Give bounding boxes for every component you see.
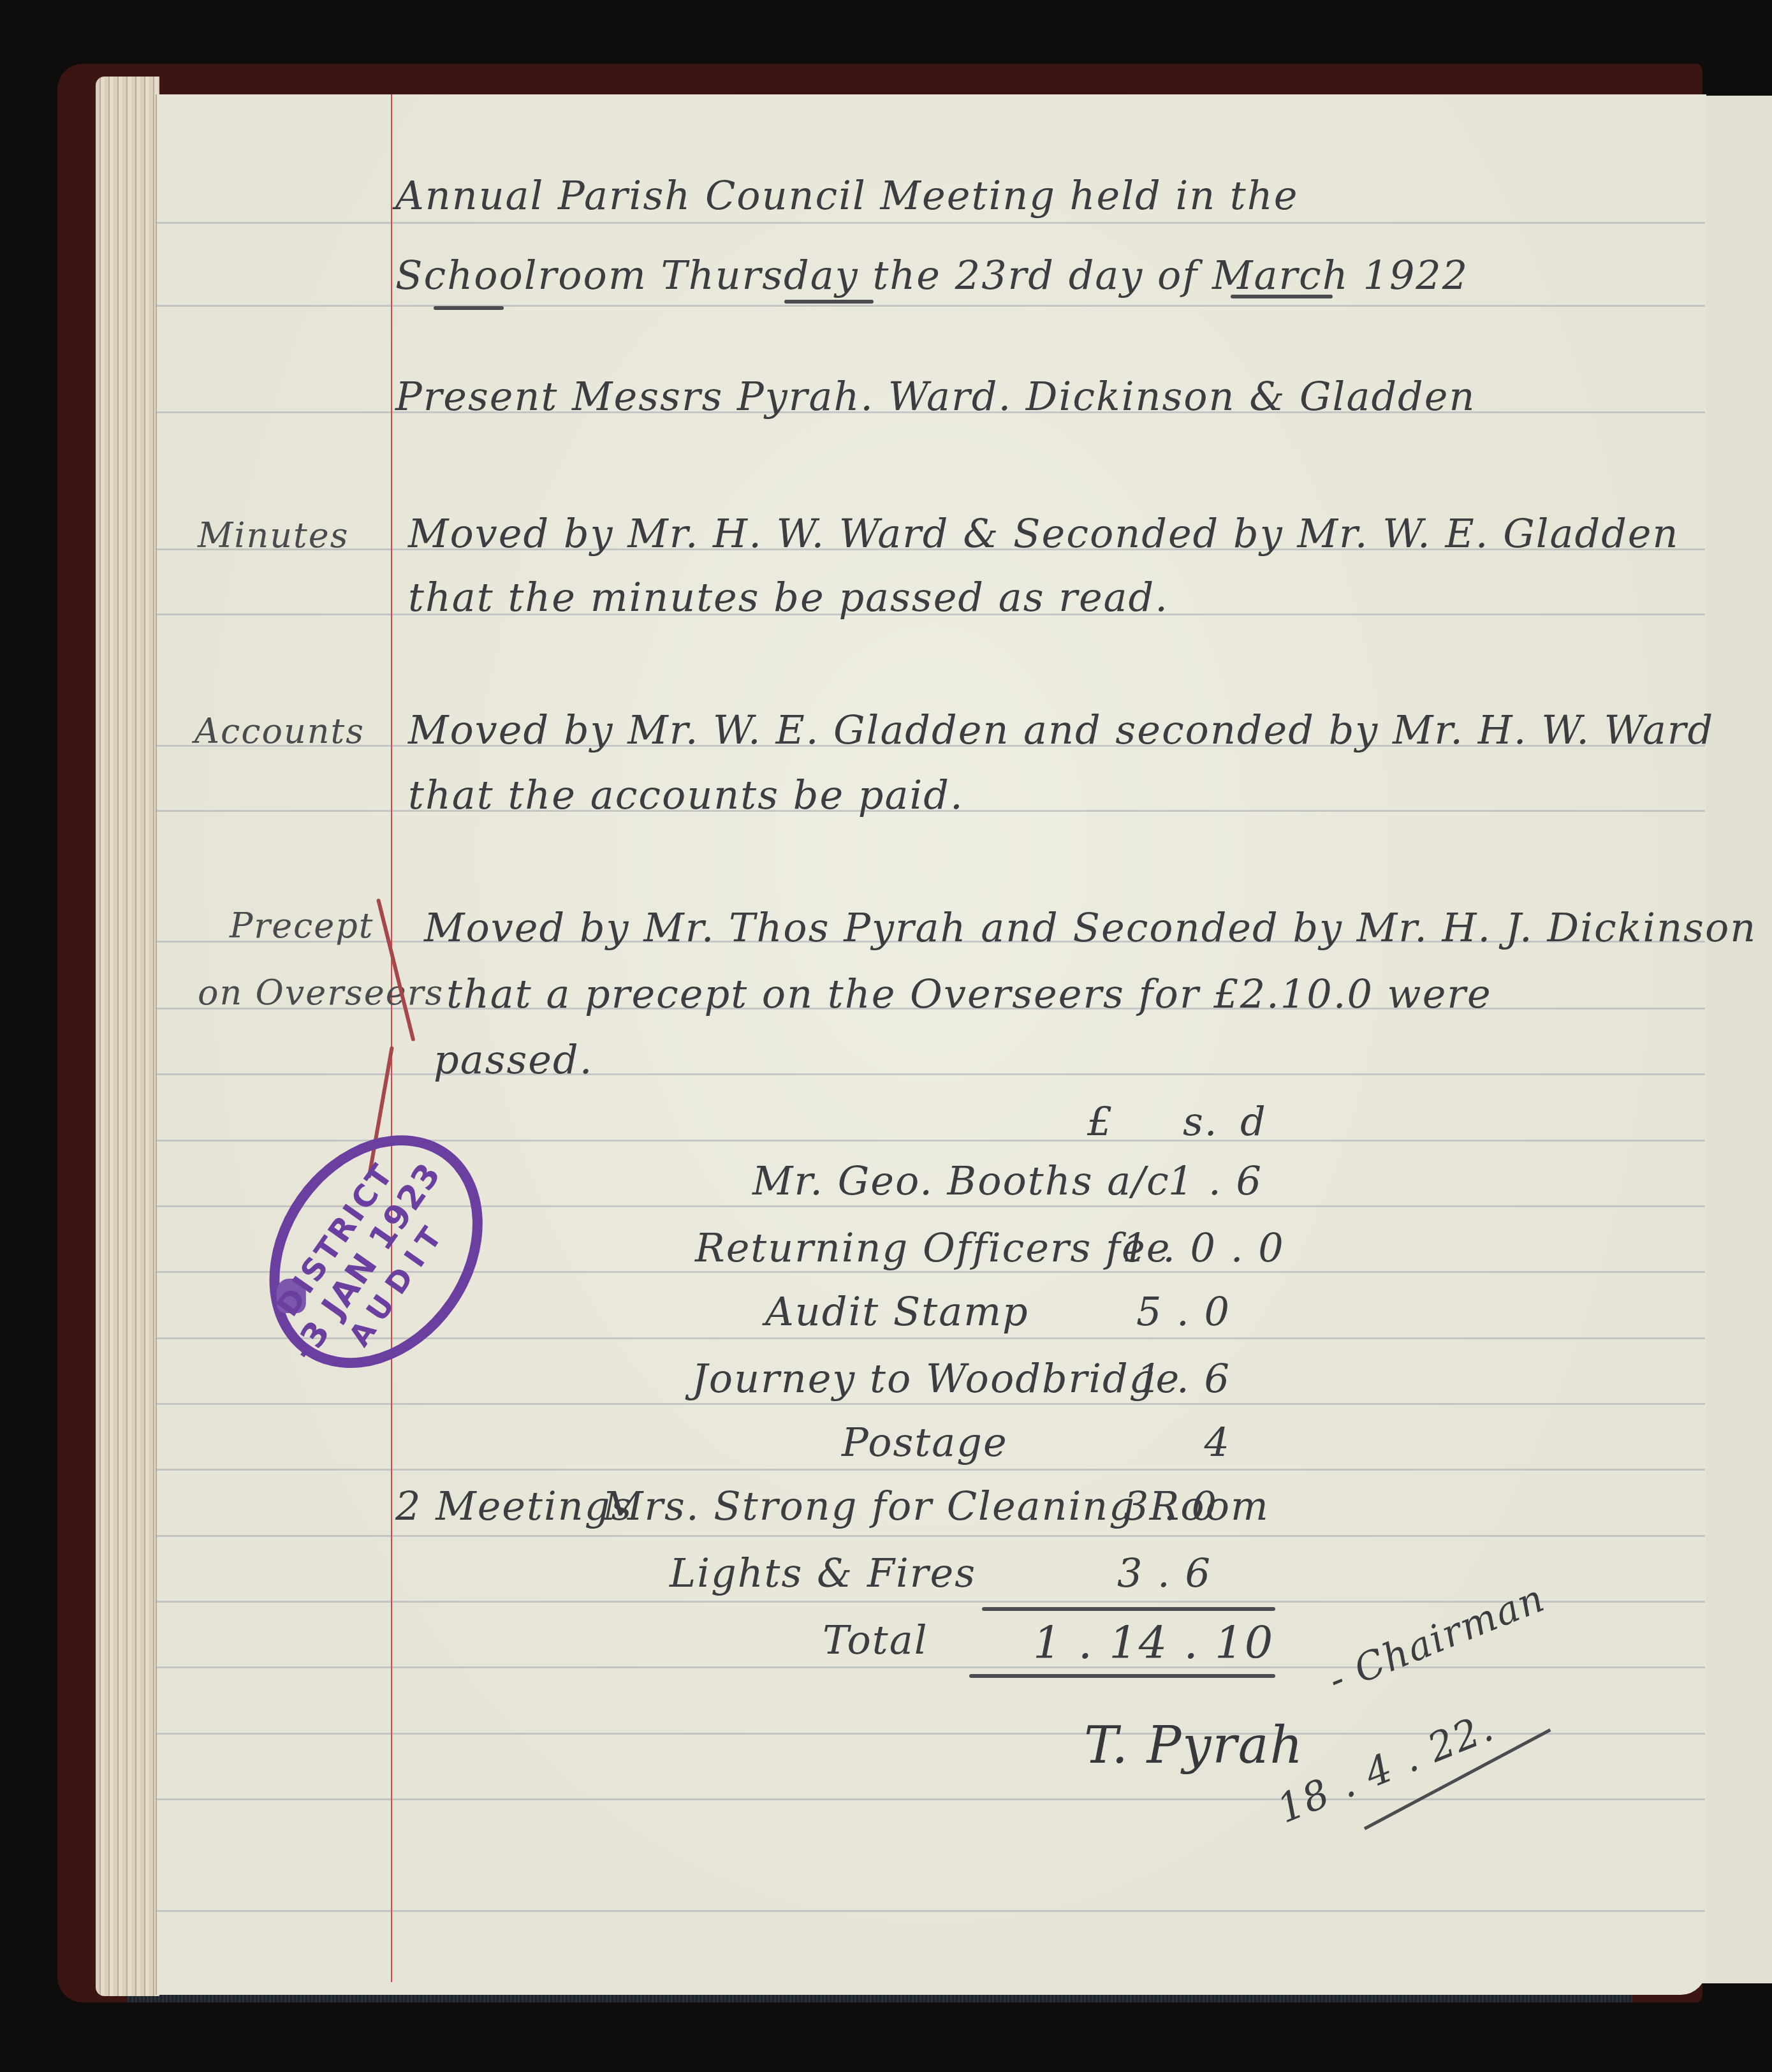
heading-underline: [784, 300, 874, 304]
account-row-amount: 1 . 6: [1090, 1355, 1231, 1402]
margin-label-accounts: Accounts: [194, 711, 365, 751]
account-row-note: 2 Meetings: [395, 1483, 633, 1529]
margin-label-precept: Precept: [230, 906, 374, 946]
heading-underline: [1231, 295, 1333, 298]
total-label: Total: [823, 1617, 928, 1663]
margin-label-minutes: Minutes: [198, 515, 349, 555]
subtotal-rule: [982, 1607, 1275, 1611]
total-rule: [969, 1674, 1275, 1678]
accounts-motion-line-2: that the accounts be paid.: [408, 772, 964, 818]
ruled-line: [156, 305, 1705, 307]
account-row-description: Audit Stamp: [765, 1288, 1029, 1335]
accounts-motion-line-1: Moved by Mr. W. E. Gladden and seconded …: [408, 707, 1714, 753]
attendees-line: Present Messrs Pyrah. Ward. Dickinson & …: [395, 373, 1475, 420]
account-row-amount: 3 . 6: [1071, 1550, 1212, 1596]
account-row-description: Mr. Geo. Booths a/c: [752, 1157, 1170, 1204]
account-row-amount: 1 . 6: [1122, 1157, 1263, 1204]
meeting-heading-line-1: Annual Parish Council Meeting held in th…: [395, 172, 1298, 219]
column-header-shillings: s.: [1183, 1098, 1219, 1145]
account-row-amount: 3 . 0: [1078, 1483, 1218, 1529]
ruled-line: [156, 1798, 1705, 1800]
total-amount: 1 . 14 . 10: [1033, 1617, 1224, 1669]
account-row-description: Lights & Fires: [670, 1550, 976, 1596]
chairman-signature: T. Pyrah: [1084, 1716, 1304, 1775]
account-row-amount: 5 . 0: [1090, 1288, 1231, 1335]
page-stack-edge: [96, 77, 159, 1996]
column-header-pence: d: [1240, 1098, 1267, 1145]
account-row-description: Returning Officers fee: [695, 1224, 1171, 1271]
meeting-heading-line-2: Schoolroom Thursday the 23rd day of Marc…: [395, 252, 1468, 298]
facing-page-edge: [1696, 96, 1772, 1983]
precept-motion-line-2: that a precept on the Overseers for £2.1…: [446, 971, 1492, 1017]
column-header-pounds: £: [1087, 1098, 1113, 1145]
account-row-amount: 4: [1090, 1419, 1231, 1466]
ruled-line: [156, 1666, 1705, 1668]
precept-motion-line-3: passed.: [434, 1036, 593, 1083]
ruled-line: [156, 1535, 1705, 1537]
precept-motion-line-1: Moved by Mr. Thos Pyrah and Seconded by …: [424, 904, 1757, 951]
account-row-amount: 1 . 0 . 0: [1122, 1224, 1263, 1271]
account-row-description: Postage: [842, 1419, 1008, 1466]
ruled-line: [156, 1469, 1705, 1471]
ruled-line: [156, 1910, 1705, 1912]
minutes-motion-line-1: Moved by Mr. H. W. Ward & Seconded by Mr…: [408, 510, 1679, 557]
red-margin-rule: [391, 94, 392, 1982]
ruled-line: [156, 222, 1705, 224]
heading-underline: [434, 306, 504, 310]
minutes-motion-line-2: that the minutes be passed as read.: [408, 574, 1169, 621]
